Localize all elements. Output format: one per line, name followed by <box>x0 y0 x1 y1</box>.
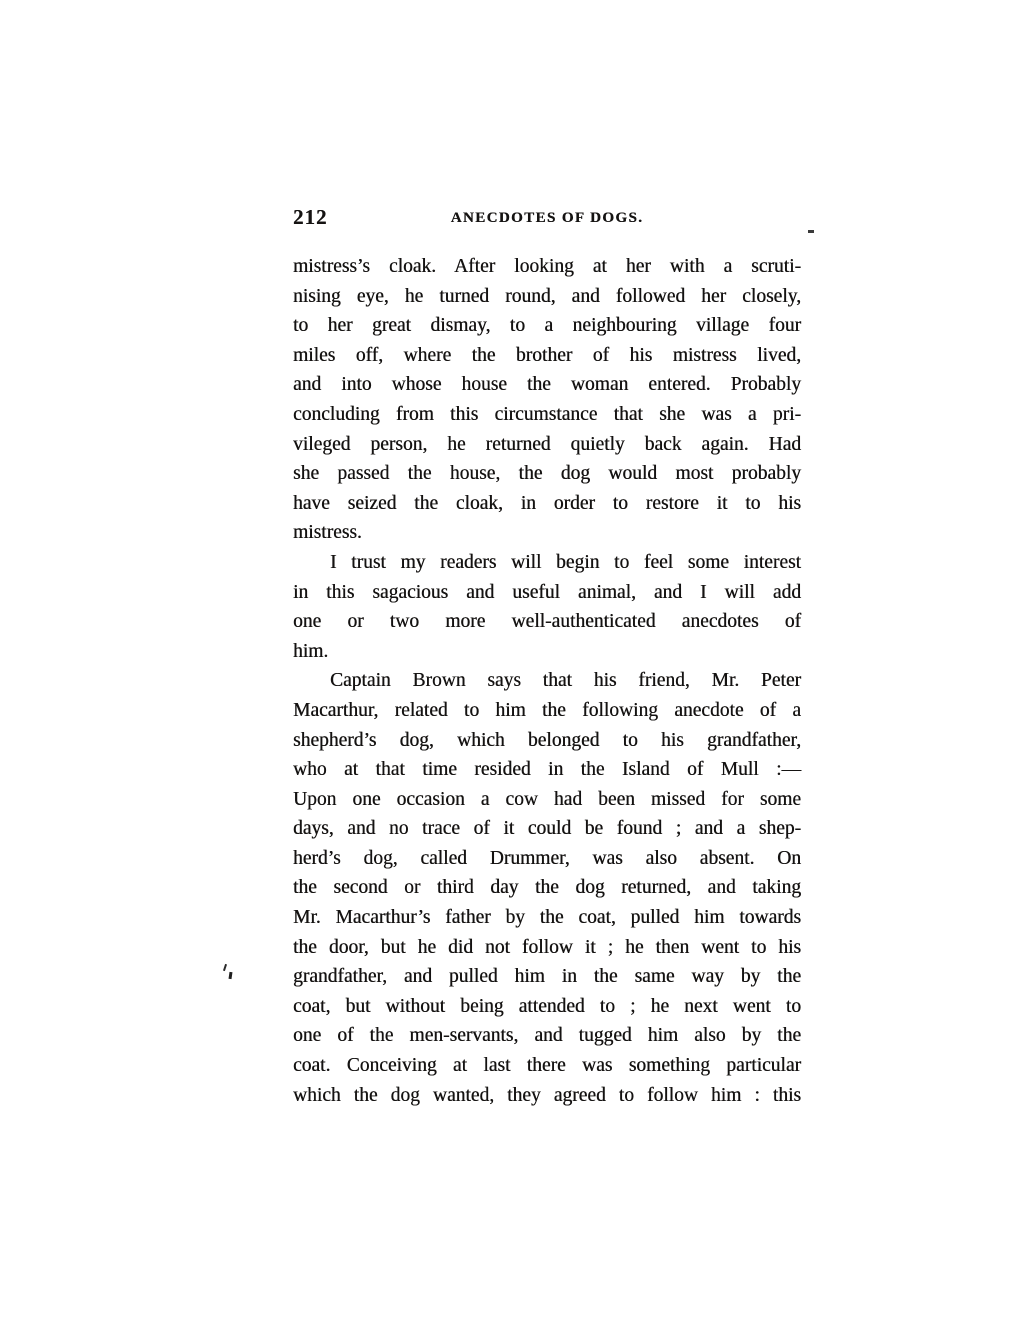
scan-artifact-speck <box>223 964 227 971</box>
text-line: in this sagacious and useful animal, and… <box>293 578 801 608</box>
text-line: one of the men-servants, and tugged him … <box>293 1021 801 1051</box>
text-line: she passed the house, the dog would most… <box>293 459 801 489</box>
running-header: 212 ANECDOTES OF DOGS. <box>293 204 801 230</box>
text-line: shepherd’s dog, which belonged to his gr… <box>293 726 801 756</box>
text-line: the door, but he did not follow it ; he … <box>293 933 801 963</box>
text-line: coat. Conceiving at last there was somet… <box>293 1051 801 1081</box>
scan-artifact-speck <box>229 972 233 979</box>
text-line: Captain Brown says that his friend, Mr. … <box>293 666 801 696</box>
running-title: ANECDOTES OF DOGS. <box>293 204 801 232</box>
text-line: one or two more well-authenticated anecd… <box>293 607 801 637</box>
text-line: vileged person, he returned quietly back… <box>293 430 801 460</box>
text-line: concluding from this circumstance that s… <box>293 400 801 430</box>
text-line: which the dog wanted, they agreed to fol… <box>293 1081 801 1111</box>
paragraph: mistress’s cloak. After looking at her w… <box>293 252 801 548</box>
text-line: herd’s dog, called Drummer, was also abs… <box>293 844 801 874</box>
text-line: Macarthur, related to him the following … <box>293 696 801 726</box>
text-line: Upon one occasion a cow had been missed … <box>293 785 801 815</box>
text-line: Mr. Macarthur’s father by the coat, pull… <box>293 903 801 933</box>
text-line: coat, but without being attended to ; he… <box>293 992 801 1022</box>
text-line: nising eye, he turned round, and followe… <box>293 282 801 312</box>
text-line: mistress. <box>293 518 801 548</box>
text-line: who at that time resided in the Island o… <box>293 755 801 785</box>
text-line: to her great dismay, to a neighbouring v… <box>293 311 801 341</box>
paragraph: I trust my readers will begin to feel so… <box>293 548 801 666</box>
text-line: have seized the cloak, in order to resto… <box>293 489 801 519</box>
text-line: and into whose house the woman entered. … <box>293 370 801 400</box>
text-line: mistress’s cloak. After looking at her w… <box>293 252 801 282</box>
text-line: him. <box>293 637 801 667</box>
book-page-scan: 212 ANECDOTES OF DOGS. mistress’s cloak.… <box>0 0 1033 1339</box>
text-line: I trust my readers will begin to feel so… <box>293 548 801 578</box>
text-line: grandfather, and pulled him in the same … <box>293 962 801 992</box>
paragraph: Captain Brown says that his friend, Mr. … <box>293 666 801 1110</box>
text-line: the second or third day the dog returned… <box>293 873 801 903</box>
scan-artifact-dash <box>808 230 814 233</box>
text-line: days, and no trace of it could be found … <box>293 814 801 844</box>
text-line: miles off, where the brother of his mist… <box>293 341 801 371</box>
body-text: mistress’s cloak. After looking at her w… <box>293 252 801 1110</box>
